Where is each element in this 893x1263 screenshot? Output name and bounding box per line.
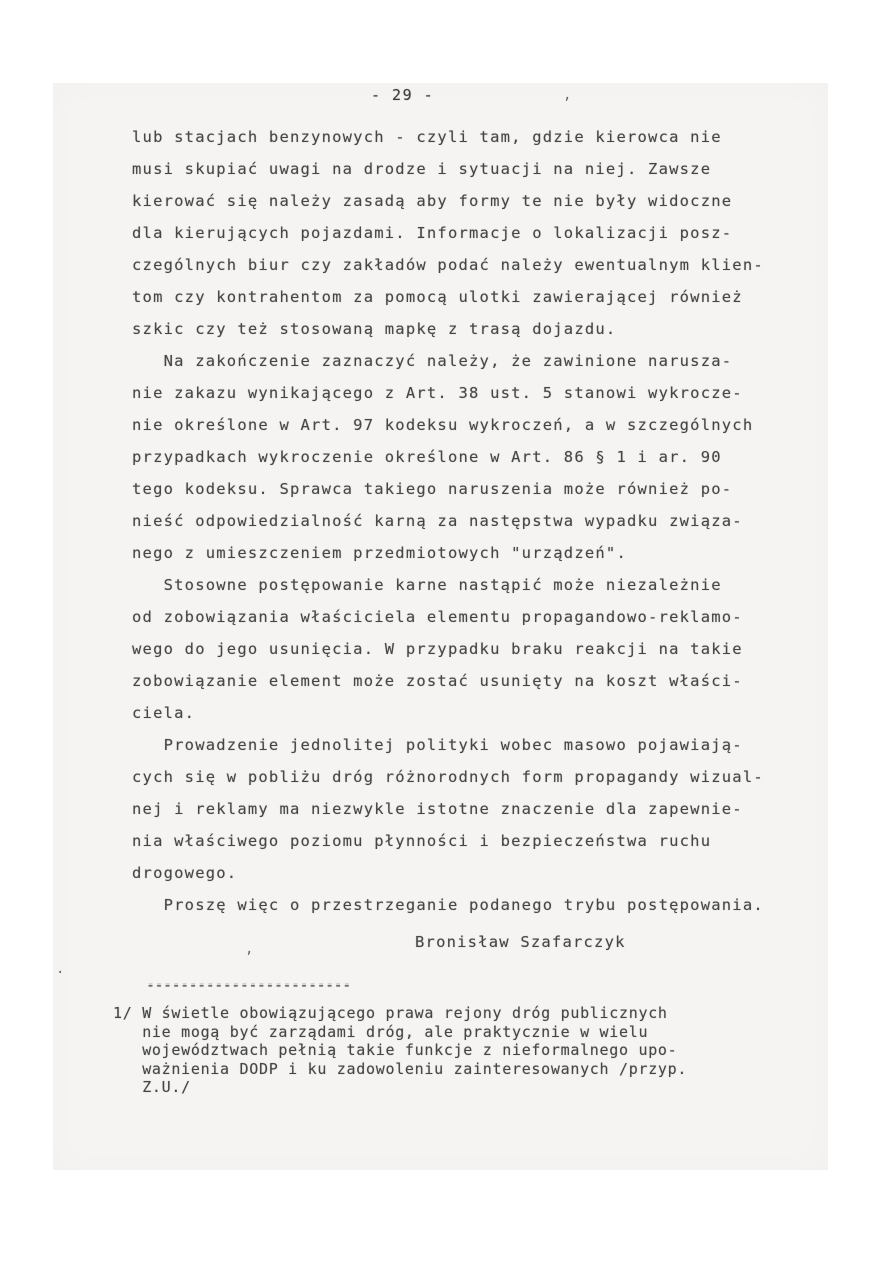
scan-artifact-dot: . [56,961,64,977]
text-line: nia właściwego poziomu płynności i bezpi… [132,825,764,857]
text-line: dla kierujących pojazdami. Informacje o … [132,217,764,249]
body-text: lub stacjach benzynowych - czyli tam, gd… [132,121,764,921]
scan-artifact-comma: , [563,87,571,103]
footnote-line: 1/ W świetle obowiązującego prawa rejony… [113,1004,687,1023]
text-line: ciela. [132,697,764,729]
text-line: przypadkach wykroczenie określone w Art.… [132,441,764,473]
scanned-document: - 29 - , lub stacjach benzynowych - czyl… [0,0,893,1263]
text-line: kierować się należy zasadą aby formy te … [132,185,764,217]
text-line: tego kodeksu. Sprawca takiego naruszenia… [132,473,764,505]
text-line: Stosowne postępowanie karne nastąpić moż… [132,569,764,601]
text-line: od zobowiązania właściciela elementu pro… [132,601,764,633]
text-line: zobowiązanie element może zostać usunięt… [132,665,764,697]
document-page: - 29 - , lub stacjach benzynowych - czyl… [53,83,828,1170]
text-line: nego z umieszczeniem przedmiotowych "urz… [132,537,764,569]
scan-artifact-comma: , [245,941,253,957]
footnote-line: Z.U./ [113,1078,687,1097]
footnote-line: województwach pełnią takie funkcje z nie… [113,1041,687,1060]
text-line: nej i reklamy ma niezwykle istotne znacz… [132,793,764,825]
text-line: wego do jego usunięcia. W przypadku brak… [132,633,764,665]
page-number: - 29 - [371,86,434,104]
text-line: drogowego. [132,857,764,889]
text-line: nie określone w Art. 97 kodeksu wykrocze… [132,409,764,441]
footnote-line: ważnienia DODP i ku zadowoleniu zaintere… [113,1060,687,1079]
text-line: lub stacjach benzynowych - czyli tam, gd… [132,121,764,153]
text-line: cych się w pobliżu dróg różnorodnych for… [132,761,764,793]
footnote-separator: ------------------------ [146,976,351,994]
text-line: Proszę więc o przestrzeganie podanego tr… [132,889,764,921]
signature: Bronisław Szafarczyk [415,933,626,951]
footnote-line: nie mogą być zarządami dróg, ale praktyc… [113,1023,687,1042]
text-line: Na zakończenie zaznaczyć należy, że zawi… [132,345,764,377]
footnote: 1/ W świetle obowiązującego prawa rejony… [113,1004,687,1097]
text-line: musi skupiać uwagi na drodze i sytuacji … [132,153,764,185]
text-line: Prowadzenie jednolitej polityki wobec ma… [132,729,764,761]
text-line: czególnych biur czy zakładów podać należ… [132,249,764,281]
text-line: tom czy kontrahentom za pomocą ulotki za… [132,281,764,313]
text-line: nieść odpowiedzialność karną za następst… [132,505,764,537]
text-line: szkic czy też stosowaną mapkę z trasą do… [132,313,764,345]
text-line: nie zakazu wynikającego z Art. 38 ust. 5… [132,377,764,409]
